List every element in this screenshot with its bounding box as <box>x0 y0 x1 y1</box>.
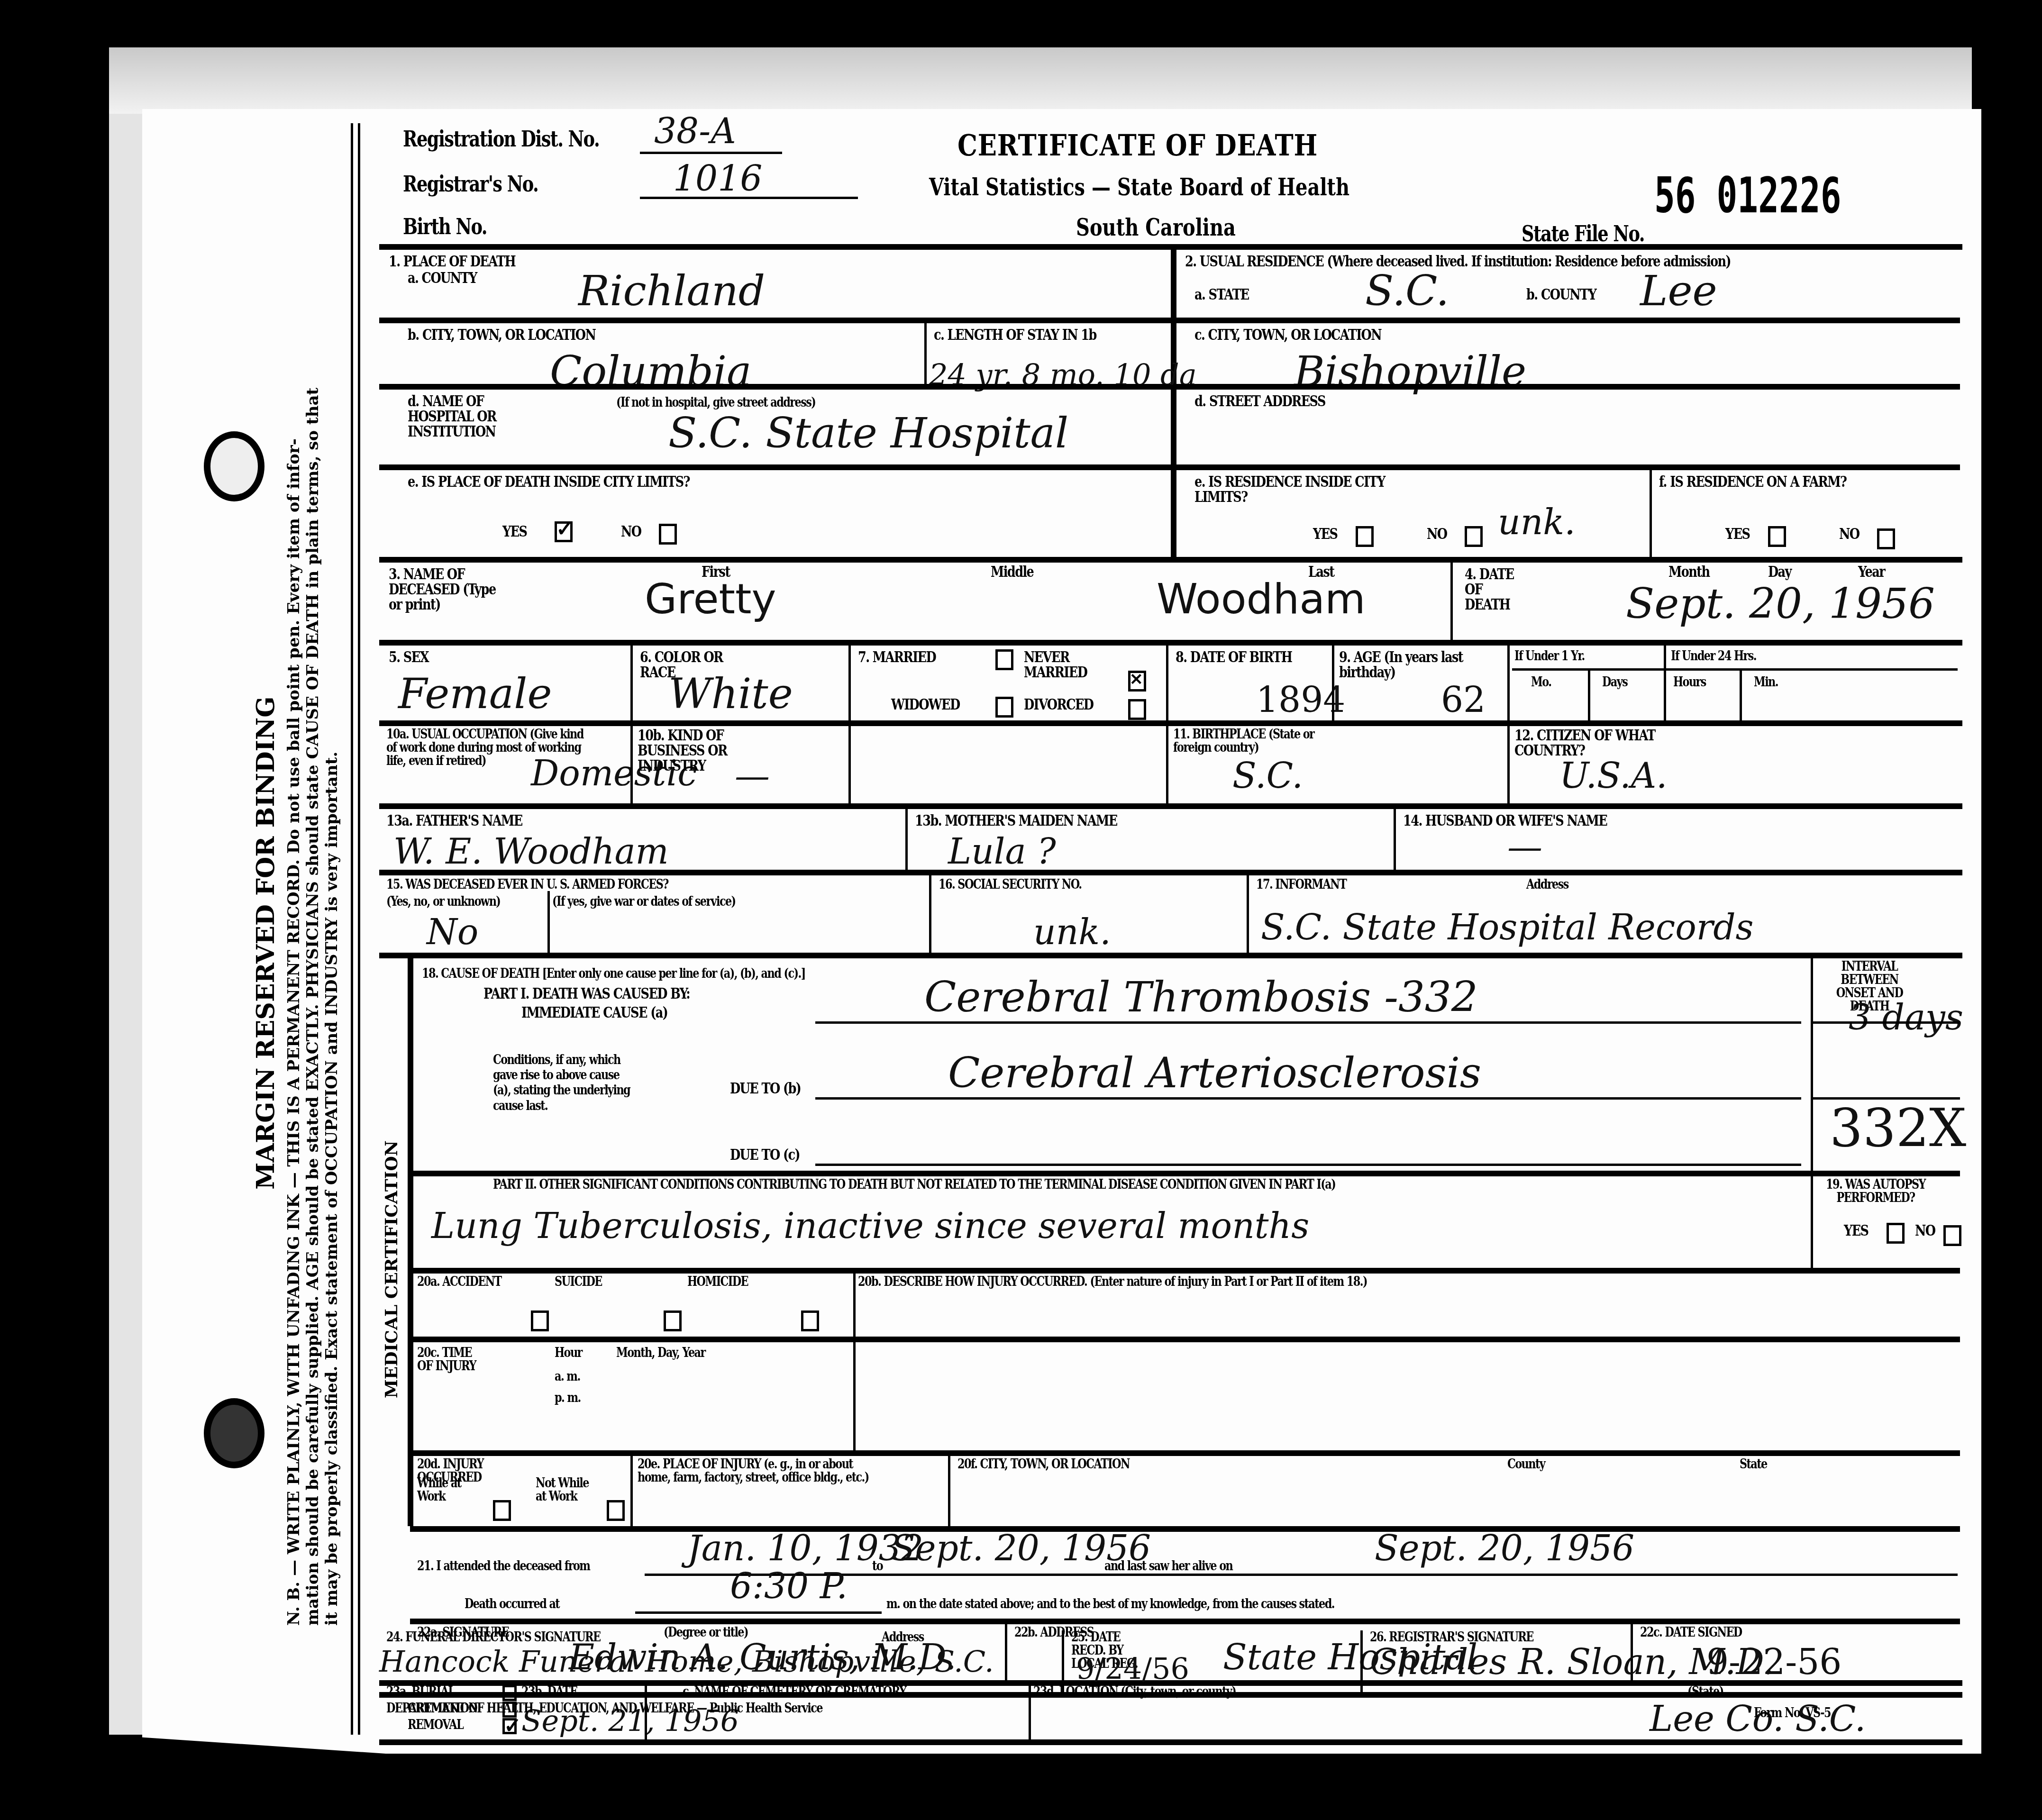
funeral-section <box>142 109 1981 1754</box>
scan-shadow <box>109 47 1972 114</box>
